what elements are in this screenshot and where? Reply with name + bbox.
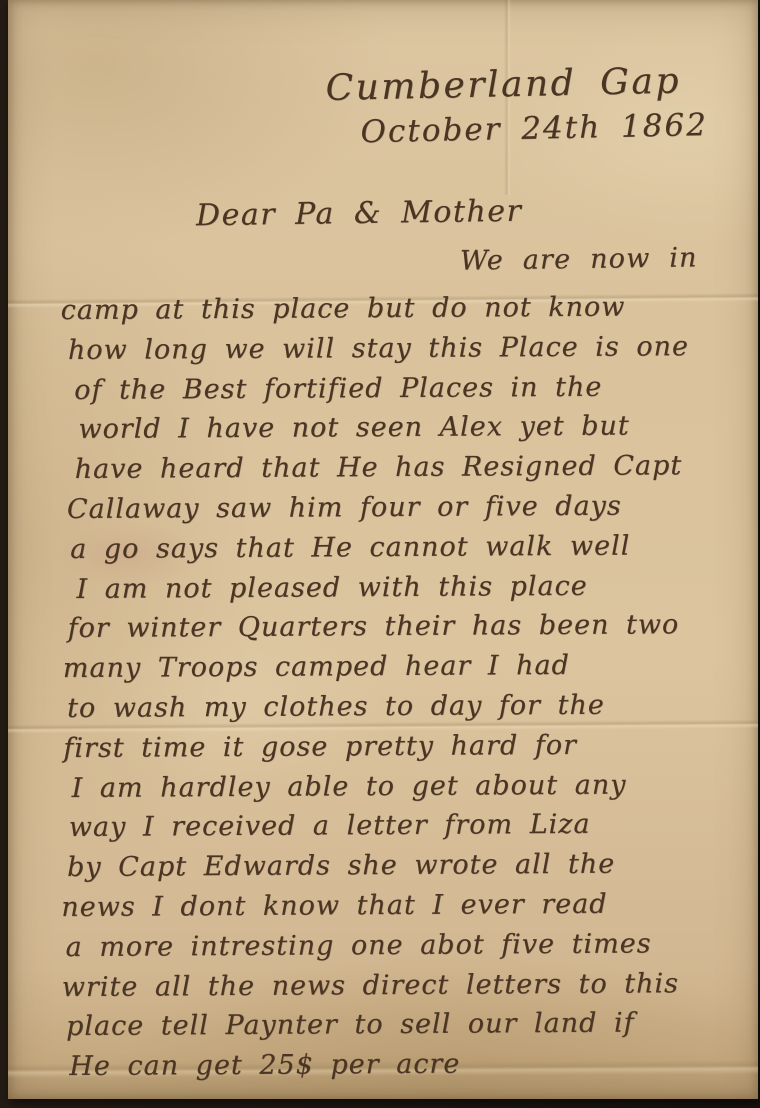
photo-frame: Cumberland Gap October 24th 1862 Dear Pa… bbox=[0, 0, 760, 1108]
body-line: Callaway saw him four or five days bbox=[67, 486, 731, 530]
body-line: place tell Paynter to sell our land if bbox=[66, 1003, 734, 1047]
body-line: camp at this place but do not know bbox=[61, 287, 730, 331]
body-line: I am hardley able to get about any bbox=[71, 765, 732, 809]
body-line: first time it gose pretty hard for bbox=[63, 725, 732, 769]
letter-heading: Cumberland Gap October 24th 1862 bbox=[325, 60, 708, 151]
body-line: news I dont know that I ever read bbox=[61, 884, 733, 928]
body-line: to wash my clothes to day for the bbox=[67, 685, 732, 729]
letter-body: camp at this place but do not know how l… bbox=[58, 287, 735, 1087]
salutation-line: Dear Pa & Mother bbox=[196, 194, 523, 234]
body-line: He can get 25$ per acre bbox=[69, 1043, 734, 1087]
body-line: have heard that He has Resigned Capt bbox=[75, 446, 731, 490]
opening-line: We are now in bbox=[460, 242, 698, 276]
letter-paper: Cumberland Gap October 24th 1862 Dear Pa… bbox=[8, 0, 758, 1099]
body-line: for winter Quarters their has been two bbox=[68, 605, 732, 649]
place-line: Cumberland Gap bbox=[325, 60, 707, 109]
body-line: many Troops camped hear I had bbox=[63, 645, 732, 689]
body-line: how long we will stay this Place is one bbox=[68, 327, 730, 371]
body-line: of the Best fortified Places in the bbox=[74, 367, 730, 411]
body-line: a more intresting one abot five times bbox=[65, 924, 733, 968]
date-line: October 24th 1862 bbox=[360, 107, 708, 150]
body-line: a go says that He cannot walk well bbox=[70, 526, 731, 570]
body-line: by Capt Edwards she wrote all the bbox=[67, 844, 733, 888]
body-line: way I received a letter from Liza bbox=[69, 804, 733, 848]
body-line: write all the news direct letters to thi… bbox=[62, 963, 734, 1007]
body-line: I am not pleased with this place bbox=[76, 566, 731, 610]
body-line: world I have not seen Alex yet but bbox=[78, 406, 730, 450]
